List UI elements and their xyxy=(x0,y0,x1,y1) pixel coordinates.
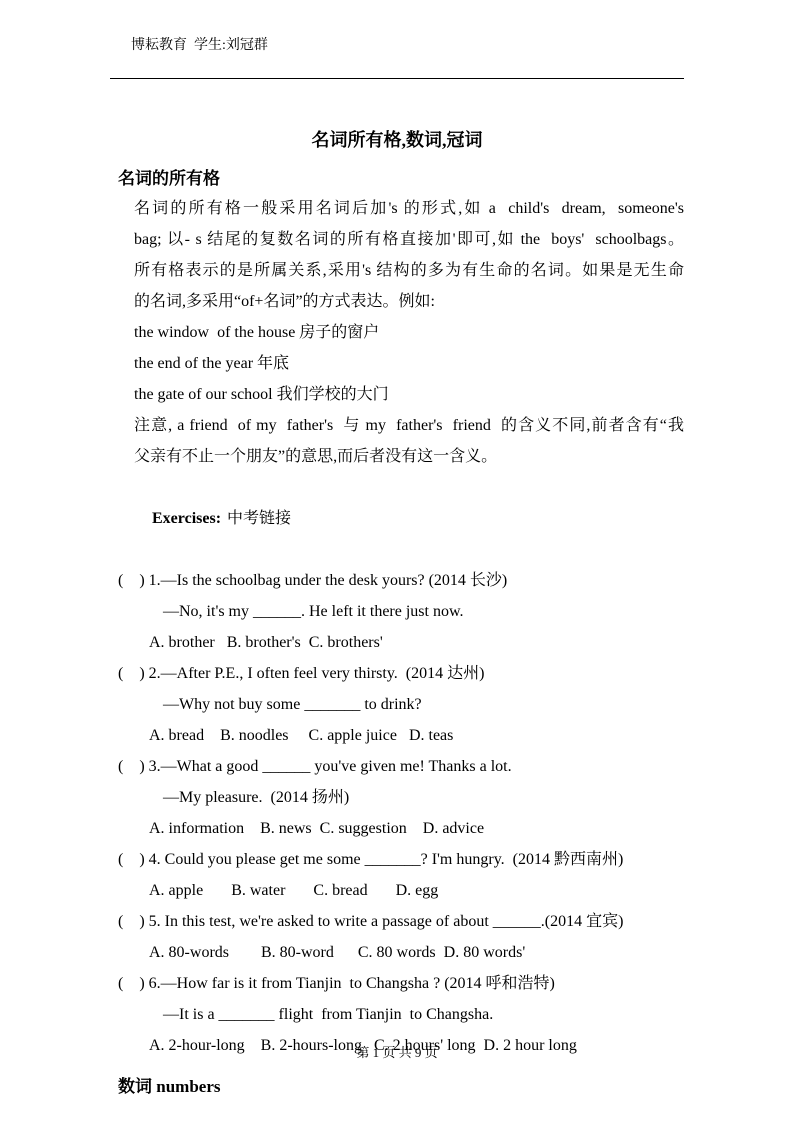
page-footer: 第 1 页 共 9 页 xyxy=(0,1044,794,1062)
question-line: ( ) 1.—Is the schoolbag under the desk y… xyxy=(118,565,684,596)
page-content: 博耘教育 学生:刘冠群 名词所有格,数词,冠词 名词的所有格 名词的所有格一般采… xyxy=(0,0,794,1101)
dialogue-line: —It is a _______ flight from Tianjin to … xyxy=(163,999,684,1030)
example-line: the gate of our school 我们学校的大门 xyxy=(134,379,684,410)
options-line: A. apple B. water C. bread D. egg xyxy=(149,875,684,906)
question-4: ( ) 4. Could you please get me some ____… xyxy=(110,844,684,906)
question-3: ( ) 3.—What a good ______ you've given m… xyxy=(110,751,684,844)
question-line: ( ) 5. In this test, we're asked to writ… xyxy=(118,906,684,937)
document-page: 博耘教育 学生:刘冠群 名词所有格,数词,冠词 名词的所有格 名词的所有格一般采… xyxy=(0,0,794,1123)
question-line: ( ) 6.—How far is it from Tianjin to Cha… xyxy=(118,968,684,999)
page-number-text: 第 1 页 共 9 页 xyxy=(356,1045,437,1060)
question-2: ( ) 2.—After P.E., I often feel very thi… xyxy=(110,658,684,751)
section-heading-numbers: 数词 numbers xyxy=(118,1073,684,1101)
question-5: ( ) 5. In this test, we're asked to writ… xyxy=(110,906,684,968)
question-line: ( ) 3.—What a good ______ you've given m… xyxy=(118,751,684,782)
exercises-heading: Exercises:中考链接 xyxy=(128,472,684,565)
dialogue-line: —My pleasure. (2014 扬州) xyxy=(163,782,684,813)
dialogue-line: —Why not buy some _______ to drink? xyxy=(163,689,684,720)
body-line: 的名词,多采用“of+名词”的方式表达。例如: xyxy=(134,286,684,317)
body-line: 注意, a friend of my father's 与 my father'… xyxy=(134,410,684,441)
options-line: A. brother B. brother's C. brothers' xyxy=(149,627,684,658)
exercises-title: 中考链接 xyxy=(227,510,291,527)
example-line: the end of the year 年底 xyxy=(134,348,684,379)
dialogue-line: —No, it's my ______. He left it there ju… xyxy=(163,596,684,627)
body-line: bag; 以- s 结尾的复数名词的所有格直接加'即可,如 the boys' … xyxy=(134,224,684,255)
header-text: 博耘教育 学生:刘冠群 xyxy=(131,38,268,53)
body-line: 父亲有不止一个朋友”的意思,而后者没有这一含义。 xyxy=(134,441,684,472)
options-line: A. 80-words B. 80-word C. 80 words D. 80… xyxy=(149,937,684,968)
question-1: ( ) 1.—Is the schoolbag under the desk y… xyxy=(110,565,684,658)
page-title: 名词所有格,数词,冠词 xyxy=(110,127,684,153)
question-line: ( ) 4. Could you please get me some ____… xyxy=(118,844,684,875)
options-line: A. information B. news C. suggestion D. … xyxy=(149,813,684,844)
exercises-label: Exercises: xyxy=(152,510,221,527)
section-heading-possessive: 名词的所有格 xyxy=(118,165,684,193)
question-line: ( ) 2.—After P.E., I often feel very thi… xyxy=(118,658,684,689)
options-line: A. bread B. noodles C. apple juice D. te… xyxy=(149,720,684,751)
body-line: 名词的所有格一般采用名词后加's 的形式,如 a child's dream, … xyxy=(134,193,684,224)
body-line: 所有格表示的是所属关系,采用's 结构的多为有生命的名词。如果是无生命 xyxy=(134,255,684,286)
example-line: the window of the house 房子的窗户 xyxy=(134,317,684,348)
possessive-paragraph: 名词的所有格一般采用名词后加's 的形式,如 a child's dream, … xyxy=(134,193,684,472)
page-header: 博耘教育 学生:刘冠群 xyxy=(110,16,684,79)
